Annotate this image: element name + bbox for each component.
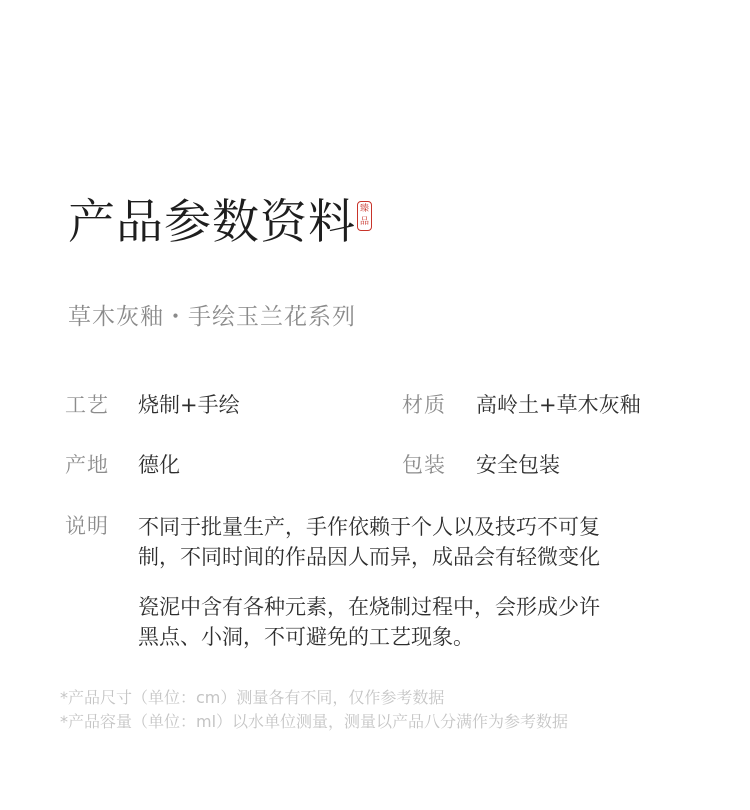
seal-char: 品 — [360, 216, 369, 229]
description-paragraph: 不同于批量生产，手作依赖于个人以及技巧不可复 制，不同时间的作品因人而异，成品会… — [138, 512, 678, 572]
product-series-subtitle: 草木灰釉・手绘玉兰花系列 — [68, 300, 356, 334]
description-line: 黑点、小洞，不可避免的工艺现象。 — [138, 622, 678, 652]
spec-label-craft: 工艺 — [65, 388, 109, 422]
spec-row: 工艺 烧制+手绘 材质 高岭土+草木灰釉 — [0, 388, 750, 422]
spec-row: 产地 德化 包装 安全包装 — [0, 448, 750, 482]
spec-value-craft: 烧制+手绘 — [138, 388, 240, 422]
spec-label-packaging: 包装 — [402, 448, 446, 482]
spec-value-packaging: 安全包装 — [476, 448, 560, 482]
page-title: 产品参数资料 — [68, 193, 356, 253]
footnote-size: *产品尺寸（单位：cm）测量各有不同，仅作参考数据 — [60, 686, 444, 710]
spec-label-origin: 产地 — [65, 448, 109, 482]
description-line: 瓷泥中含有各种元素，在烧制过程中，会形成少许 — [138, 592, 678, 622]
title-block: 产品参数资料 臻 品 — [68, 193, 372, 253]
spec-value-material: 高岭土+草木灰釉 — [476, 388, 641, 422]
seal-stamp-icon: 臻 品 — [357, 201, 372, 231]
spec-label-material: 材质 — [402, 388, 446, 422]
description-label: 说明 — [65, 509, 109, 543]
description-line: 制，不同时间的作品因人而异，成品会有轻微变化 — [138, 542, 678, 572]
seal-char: 臻 — [360, 203, 369, 216]
spec-value-origin: 德化 — [138, 448, 180, 482]
description-line: 不同于批量生产，手作依赖于个人以及技巧不可复 — [138, 512, 678, 542]
description-paragraph: 瓷泥中含有各种元素，在烧制过程中，会形成少许 黑点、小洞，不可避免的工艺现象。 — [138, 592, 678, 652]
footnote-capacity: *产品容量（单位：ml）以水单位测量，测量以产品八分满作为参考数据 — [60, 710, 568, 734]
